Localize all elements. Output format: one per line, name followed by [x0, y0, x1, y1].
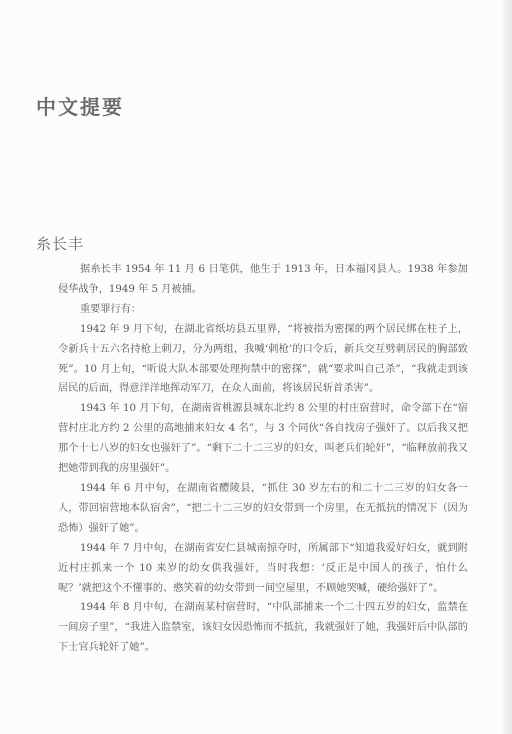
paragraph: 据糸长丰 1954 年 11 月 6 日笔供，他生于 1913 年，日本福冈县人…: [58, 260, 468, 300]
page-title: 中文提要: [36, 91, 124, 120]
paragraph: 1944 年 8 月中旬，在湖南某村宿营时，“中队部捕来一个二十四五岁的妇女，监…: [58, 598, 468, 658]
paragraph: 1943 年 10 月下旬，在湖南省桃源县城东北约 8 公里的村庄宿营时，命令部…: [58, 399, 468, 479]
section-title: 糸长丰: [36, 233, 84, 254]
paragraph: 1944 年 6 月中旬，在湖南省醴陵县，“抓住 30 岁左右的和二十二三岁的妇…: [58, 479, 468, 539]
paragraph: 1942 年 9 月下旬，在湖北省纸坊县五里界，“将被指为密探的两个居民绑在柱子…: [58, 320, 468, 400]
body-text: 据糸长丰 1954 年 11 月 6 日笔供，他生于 1913 年，日本福冈县人…: [58, 260, 468, 658]
paragraph: 重要罪行有：: [58, 300, 468, 320]
paragraph: 1944 年 7 月中旬，在湖南省安仁县城南掠夺时，所属部下“知道我爱好妇女，就…: [58, 539, 468, 599]
page-edge-shadow: [502, 0, 512, 734]
